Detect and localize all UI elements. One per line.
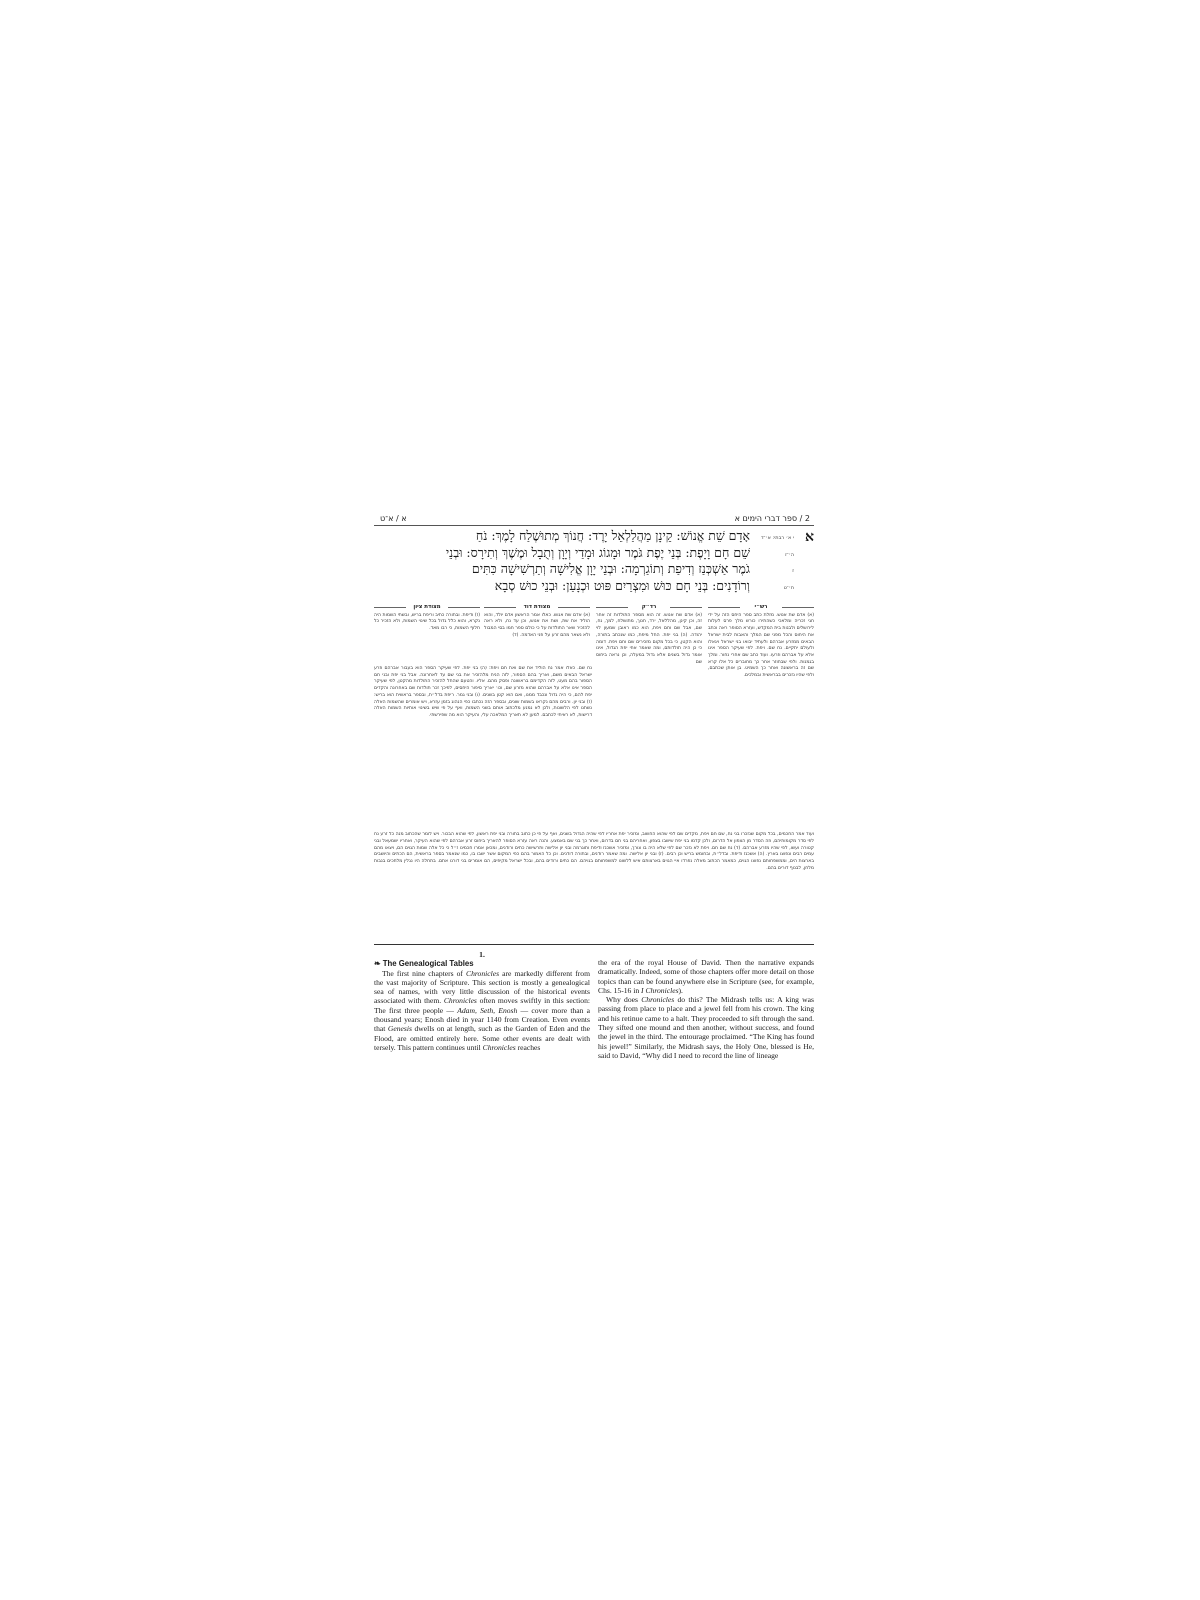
commentary-full-width: ועוד אמר החכמים, בכל מקום שנזכרו בני נח,…	[374, 832, 814, 934]
commentary-continued: נח שם. כאלו אמר נח הוליד את שם ואת חם וי…	[374, 666, 592, 838]
running-head: א / א־ט 2 / ספר דברי הימים א	[374, 512, 814, 526]
commentary-text: (א) אדם שת אנוש. מזלת כתב ספר היחס הזה ע…	[708, 613, 814, 680]
english-column-right: the era of the royal House of David. The…	[598, 958, 814, 1060]
chapter-range: א / א־ט	[380, 514, 407, 523]
chapter-number: א	[805, 529, 814, 546]
commentary-text: נח שם. כאלו אמר נח הוליד את שם ואת חם וי…	[374, 666, 592, 720]
commentary-section: רש״י (א) אדם שת אנוש. מזלת כתב ספר היחס …	[374, 604, 814, 844]
verse-line: וְרוֹדָנִים: בְּנֵי חָם כּוּשׁ וּמִצְרַי…	[374, 578, 750, 595]
verse-line: אָדָם שֵׁת אֱנוֹשׁ: קֵינָן מַהֲלַלְאֵל י…	[374, 528, 750, 545]
commentary-metzudat-david: מצודת דוד (א) אדם שת אנוש. כאלו אמר הראש…	[484, 604, 590, 666]
margin-references: י א׳ רבתי: א׳־ד ה׳־ז ז ח׳־ט	[750, 530, 794, 596]
commentary-heading: מצודת ציון	[374, 604, 480, 611]
margin-ref: ז	[750, 563, 794, 580]
english-column-left: 1. ❧ The Genealogical Tables The first n…	[374, 950, 590, 1052]
page-number: 2	[805, 514, 810, 523]
commentary-text: (ז) ודיפת. ובתורה כתיב וריפת בריש, ובשתי…	[374, 613, 480, 633]
verse-line: שֵׁם חָם וָיָפֶת: בְּנֵי יֶפֶת גֹּמֶר וּ…	[374, 545, 750, 562]
page-title: 2 / ספר דברי הימים א	[735, 514, 810, 523]
english-divider	[374, 944, 814, 945]
header-rule	[374, 525, 814, 526]
commentary-metzudat-zion: מצודת ציון (ז) ודיפת. ובתורה כתיב וריפת …	[374, 604, 480, 666]
commentary-radak: רד״ק (א) אדם שת אנוש. זה הוא מספר התולדו…	[596, 604, 702, 710]
paragraph: Why does Chronicles do this? The Midrash…	[598, 995, 814, 1060]
commentary-text: (א) אדם שת אנוש. כאלו אמר הראשון אדם יול…	[484, 613, 590, 640]
book-title: ספר דברי הימים א	[735, 514, 798, 523]
margin-ref: י א׳ רבתי: א׳־ד	[750, 530, 794, 547]
verse-line: גֹמֶר אַשְׁכְּנַז וְדִיפַת וְתוֹגַרְמָה:…	[374, 561, 750, 578]
section-title: ❧ The Genealogical Tables	[374, 959, 590, 968]
commentary-heading: מצודת דוד	[484, 604, 590, 611]
scripture-text: א י א׳ רבתי: א׳־ד ה׳־ז ז ח׳־ט אָדָם שֵׁת…	[374, 528, 814, 598]
commentary-rashi: רש״י (א) אדם שת אנוש. מזלת כתב ספר היחס …	[708, 604, 814, 839]
commentary-text: (א) אדם שת אנוש. זה הוא מספר התולדות זה …	[596, 613, 702, 667]
paragraph: the era of the royal House of David. The…	[598, 958, 814, 995]
section-number: 1.	[374, 950, 590, 959]
commentary-heading: רד״ק	[596, 604, 702, 611]
margin-ref: ח׳־ט	[750, 580, 794, 597]
commentary-text: ועוד אמר החכמים, בכל מקום שנזכרו בני נח,…	[374, 832, 814, 873]
verse-lines: אָדָם שֵׁת אֱנוֹשׁ: קֵינָן מַהֲלַלְאֵל י…	[374, 528, 750, 594]
book-page: א / א־ט 2 / ספר דברי הימים א א י א׳ רבתי…	[374, 512, 814, 1072]
ornament-icon: ❧	[374, 959, 383, 968]
english-commentary: 1. ❧ The Genealogical Tables The first n…	[374, 950, 814, 1070]
margin-ref: ה׳־ז	[750, 547, 794, 564]
commentary-heading: רש״י	[708, 604, 814, 611]
paragraph: The first nine chapters of Chronicles ar…	[374, 969, 590, 1053]
